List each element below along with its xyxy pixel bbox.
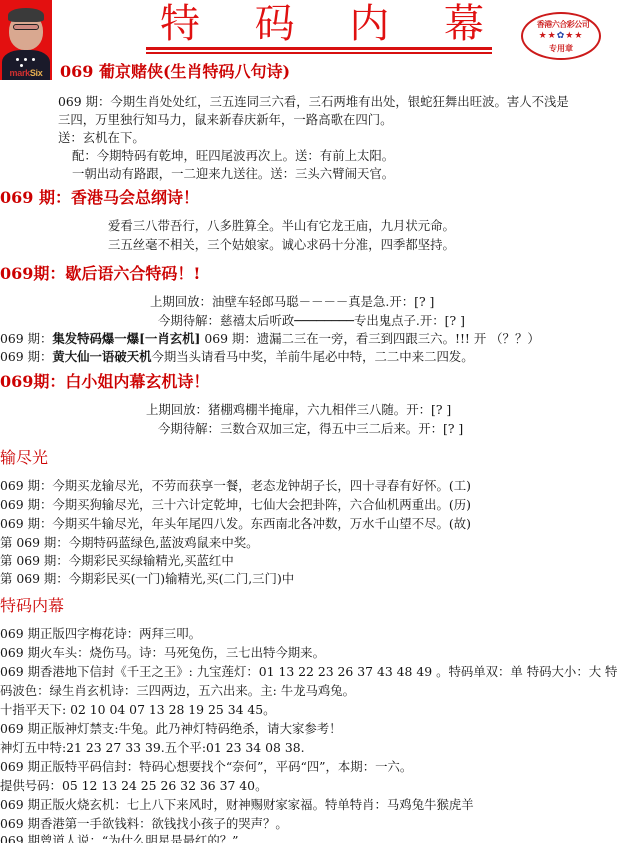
logo-figure-hair — [8, 8, 44, 22]
bold-label: 集发特码爆一爆[一肖玄机] — [52, 331, 200, 346]
logo-brand-text: markSix — [0, 68, 52, 78]
line-body: 今期当头请看马中奖，羊前牛尾必中特，二二中来二四发。 — [152, 349, 474, 364]
poem-line: 三五丝毫不相关，三个姑娘家。诚心求码十分准，四季都坚持。 — [108, 237, 455, 253]
title-underline-thick — [146, 47, 492, 50]
section-heading-lose-all: 输尽光 — [0, 448, 48, 468]
text-line: 第 069 期：今期特码蓝绿色,蓝波鸡鼠来中奖。 — [0, 535, 259, 551]
stamp-company-text: 香港六合彩公司 — [527, 19, 599, 30]
section-heading-special-code-inside: 特码内幕 — [0, 596, 64, 616]
text-line: 069 期正版火烧玄机：七上八下来风时，财神赐财家家福。特单特肖：马鸡兔牛猴虎羊 — [0, 797, 474, 813]
stamp-seal-text: 专用章 — [523, 43, 599, 54]
text-line: 069 期正版四字梅花诗：两拜三叩。 — [0, 626, 201, 642]
line-body: 069 期：遗漏二三在一旁，看三到四跟三六。!!! 开 （？？） — [200, 331, 539, 346]
text-line: 069 期曾道人说：“为什么明星是最红的？” — [0, 833, 239, 843]
title-char-1: 特 — [160, 2, 200, 46]
text-line: 069 期：今期买牛输尽光，年头年尾四八发。东西南北各冲数，万水千山望不尽。(故… — [0, 516, 471, 532]
this-period-riddle-line: 今期待解：慈禧太后听政────────专出鬼点子.开：[? ] — [158, 313, 465, 329]
logo-buttons-decor — [16, 58, 36, 68]
text-line: 提供号码：05 12 13 24 25 26 32 36 37 40。 — [0, 778, 267, 794]
text-line: 069 期：今期生肖处处红，三五连同三六看，三石两堆有出处，银蛇狂舞出旺波。害人… — [58, 94, 569, 110]
text-line: 069 期正版特平码信封：特码心想要找个“奈何”，平码“四”，本期：一六。 — [0, 759, 412, 775]
text-line: 069 期火车头：烧伤马。诗：马死兔伤，三七出特今期来。 — [0, 645, 325, 661]
official-seal-stamp: 香港六合彩公司 ★★✿★★ 专用章 — [521, 12, 601, 60]
this-period-riddle-line: 今期待解：三数合双加三定，得五中三二后来。开：[? ] — [158, 421, 463, 437]
text-line: 第 069 期：今期彩民买(一门)输精光,买(二门,三门)中 — [0, 571, 294, 587]
period-label: 069 期： — [0, 349, 52, 364]
text-line: 069 期香港第一手欲钱料：欲钱找小孩子的哭声？。 — [0, 816, 288, 832]
poem-line: 爱看三八带吾行，八多胜算全。半山有它龙王庙，九月状元命。 — [108, 218, 455, 234]
text-line: 069 期正版神灯禁支:牛兔。此乃神灯特码绝杀，请大家参考！ — [0, 721, 342, 737]
text-line: 069 期：黄大仙一语破天机今期当头请看马中奖，羊前牛尾必中特，二二中来二四发。 — [0, 349, 474, 365]
logo-brand-mark: mark — [10, 68, 30, 78]
section-heading-portuguese-gambler: 069 葡京赌侠(生肖特码八句诗) — [60, 62, 290, 82]
text-line: 069 期：今期买龙输尽光，不劳而获享一餐，老态龙钟胡子长，四十寻春有好怀。(工… — [0, 478, 471, 494]
text-line: 069 期：今期买狗输尽光，三十六计定乾坤，七仙大会把卦阵，六合仙机两重出。(历… — [0, 497, 471, 513]
emblem-icon: ✿ — [557, 31, 566, 41]
star-icon: ★★ — [539, 31, 557, 41]
title-char-2: 码 — [255, 2, 295, 46]
text-line: 码波色：绿生肖玄机诗：三四两边，五六出来。主: 牛龙马鸡兔。 — [0, 683, 355, 699]
text-line: 送：玄机在下。 — [58, 130, 145, 146]
last-review-line: 上期回放：猪棚鸡棚半掩扉，六九相伴三八随。开：[? ] — [146, 402, 451, 418]
bold-label: 黄大仙一语破天机 — [52, 349, 151, 364]
logo-brand-six: Six — [30, 68, 43, 78]
text-line: 069 期香港地下信封《千王之王》: 九宝莲灯：01 13 22 23 26 3… — [0, 664, 617, 680]
title-char-4: 幕 — [444, 2, 484, 46]
text-line: 一朝出动有路跟，一二迎来九送往。送：三头六臂闹天官。 — [72, 166, 394, 182]
logo-figure-glasses — [13, 24, 39, 30]
marksix-logo: markSix — [0, 0, 52, 80]
text-line: 三四，万里独行知马力，鼠来新春庆新年，一路高歌在四门。 — [58, 112, 393, 128]
text-line: 神灯五中特:21 23 27 33 39.五个平:01 23 34 08 38. — [0, 740, 305, 756]
stamp-stars-row: ★★✿★★ — [523, 31, 599, 41]
section-heading-hk-jockey-poem: 069 期：香港马会总纲诗！ — [0, 188, 199, 208]
text-line: 配：今期特码有乾坤，旺四尾波再次上。送：有前上太阳。 — [72, 148, 394, 164]
page-title: 特 码 内 幕 — [146, 2, 492, 54]
title-char-3: 内 — [349, 2, 389, 46]
star-icon: ★★ — [565, 31, 583, 41]
text-line: 十指平天下: 02 10 04 07 13 28 19 25 34 45。 — [0, 702, 276, 718]
title-underline-thin — [146, 52, 492, 54]
text-line: 第 069 期：今期彩民买绿输精光,买蓝红中 — [0, 553, 234, 569]
period-label: 069 期： — [0, 331, 52, 346]
last-review-line: 上期回放：油壁车轻郎马聪－－－－真是急.开：[? ] — [150, 294, 434, 310]
section-heading-riddle-special-code: 069期：歇后语六合特码！! — [0, 264, 200, 284]
text-line: 069 期：集发特码爆一爆[一肖玄机] 069 期：遗漏二三在一旁，看三到四跟三… — [0, 331, 540, 347]
section-heading-miss-bai-poem: 069期：白小姐内幕玄机诗！ — [0, 372, 209, 392]
